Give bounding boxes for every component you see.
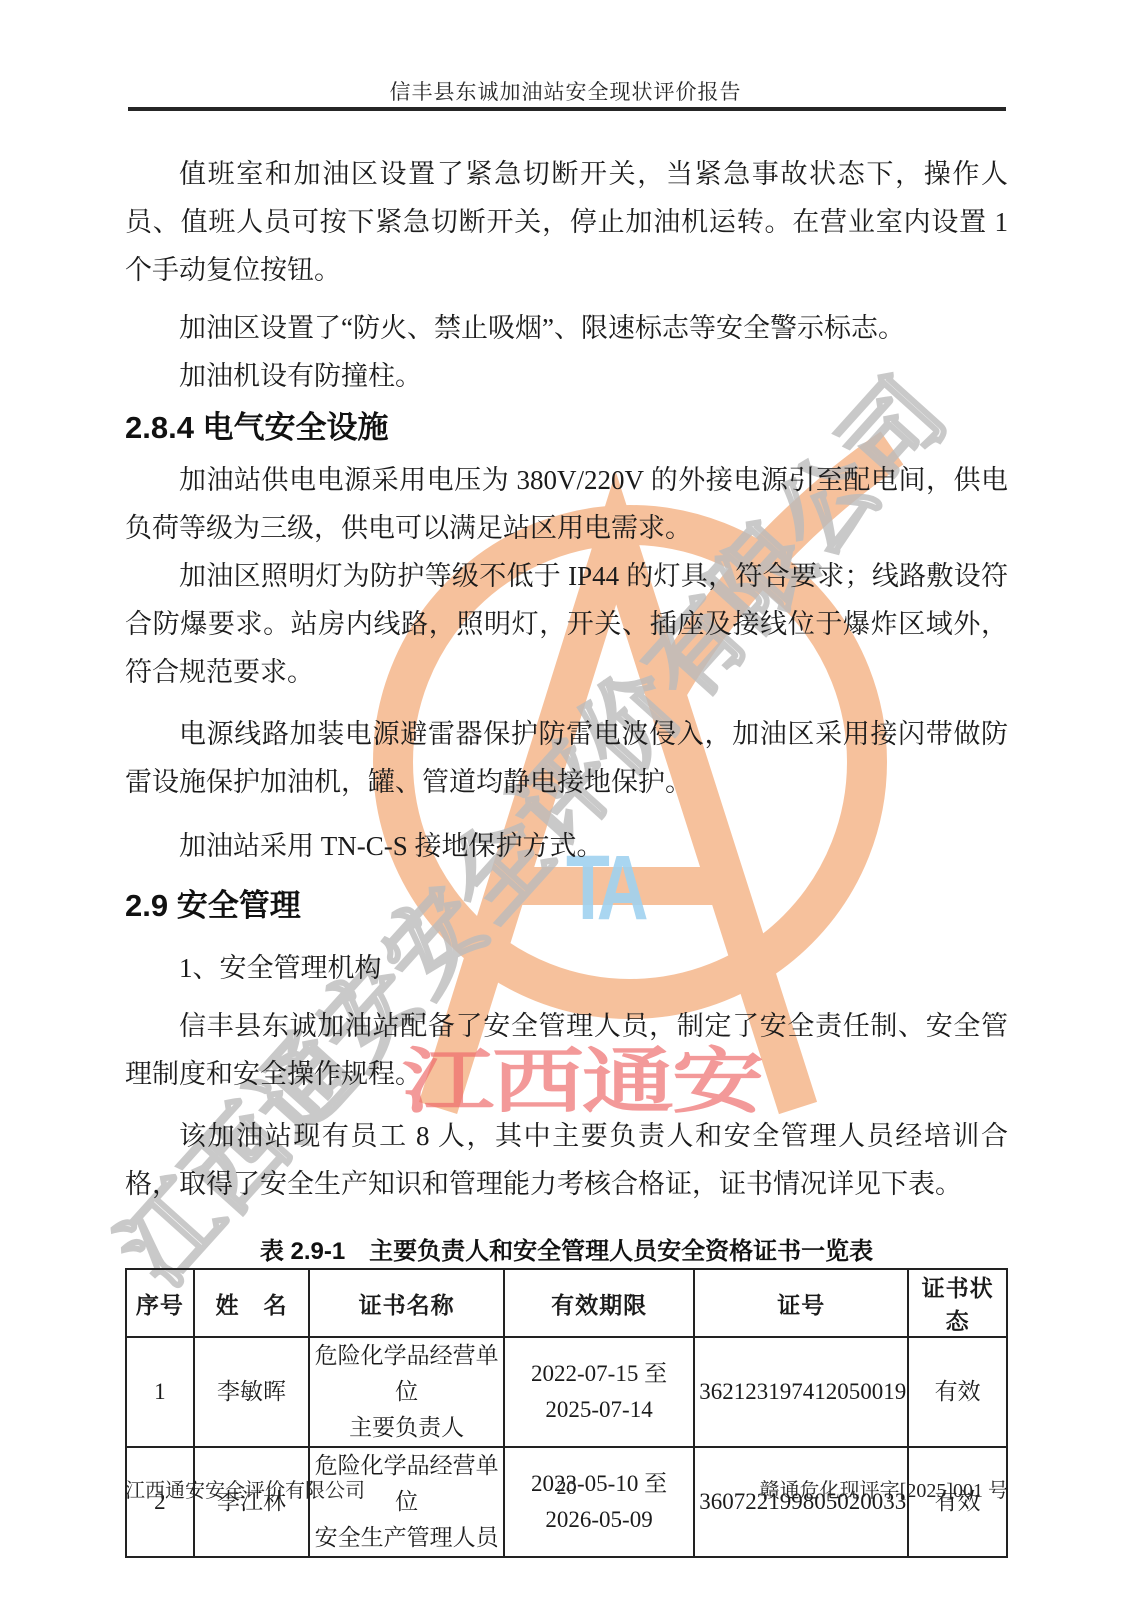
validity-line-2: 2025-07-14 <box>509 1392 689 1428</box>
table-title: 表 2.9-1 主要负责人和安全管理人员安全资格证书一览表 <box>125 1238 1008 1266</box>
report-page: 江西通安安全评价有限公司 TA 江西通安 信丰县东诚加油站安全现状评价报告 值班… <box>0 0 1131 1600</box>
cell-validity: 2022-07-15 至 2025-07-14 <box>504 1337 694 1447</box>
paragraph-safety-staffing: 信丰县东诚加油站配备了安全管理人员，制定了安全责任制、安全管理制度和安全操作规程… <box>125 1002 1008 1098</box>
cell-cert: 危险化学品经营单位 主要负责人 <box>309 1337 504 1447</box>
paragraph-anticollision-posts: 加油机设有防撞柱。 <box>125 352 1008 400</box>
cert-line-2: 主要负责人 <box>314 1410 499 1446</box>
column-header-status: 证书状态 <box>908 1269 1007 1337</box>
header-rule <box>128 107 1006 111</box>
column-header-validity: 有效期限 <box>504 1269 694 1337</box>
cert-line-2: 安全生产管理人员 <box>314 1520 499 1556</box>
section-heading-2-9: 2.9 安全管理 <box>125 884 1008 928</box>
paragraph-grounding: 加油站采用 TN-C-S 接地保护方式。 <box>125 822 1008 870</box>
table-header-row: 序号 姓 名 证书名称 有效期限 证号 证书状态 <box>126 1269 1007 1337</box>
validity-line-1: 2022-07-15 至 <box>509 1356 689 1392</box>
paragraph-safety-org: 1、安全管理机构 <box>125 944 1008 992</box>
footer-document-number: 赣通危化现评字[2025]001 号 <box>760 1474 1008 1503</box>
section-heading-2-8-4: 2.8.4 电气安全设施 <box>125 406 1008 450</box>
column-header-no: 序号 <box>126 1269 194 1337</box>
cert-line-1: 危险化学品经营单位 <box>314 1338 499 1410</box>
page-header-title: 信丰县东诚加油站安全现状评价报告 <box>0 76 1131 106</box>
paragraph-power-supply: 加油站供电电源采用电压为 380V/220V 的外接电源引至配电间，供电负荷等级… <box>125 456 1008 552</box>
certificates-table: 序号 姓 名 证书名称 有效期限 证号 证书状态 1 李敏晖 危险化学品经营单位 <box>125 1268 1008 1558</box>
cell-number: 362123197412050019 <box>694 1337 908 1447</box>
document-content: 信丰县东诚加油站安全现状评价报告 值班室和加油区设置了紧急切断开关，当紧急事故状… <box>0 0 1131 1600</box>
paragraph-emergency-switch: 值班室和加油区设置了紧急切断开关，当紧急事故状态下，操作人员、值班人员可按下紧急… <box>125 150 1008 294</box>
column-header-cert: 证书名称 <box>309 1269 504 1337</box>
cell-validity: 2023-05-10 至 2026-05-09 <box>504 1447 694 1557</box>
table-row: 1 李敏晖 危险化学品经营单位 主要负责人 2022-07-15 至 2025-… <box>126 1337 1007 1447</box>
paragraph-staff-certificates: 该加油站现有员工 8 人，其中主要负责人和安全管理人员经培训合格，取得了安全生产… <box>125 1112 1008 1208</box>
column-header-number: 证号 <box>694 1269 908 1337</box>
column-header-name: 姓 名 <box>194 1269 309 1337</box>
paragraph-lightning-protection: 电源线路加装电源避雷器保护防雷电波侵入，加油区采用接闪带做防雷设施保护加油机，罐… <box>125 710 1008 806</box>
cell-name: 李敏晖 <box>194 1337 309 1447</box>
paragraph-warning-signs: 加油区设置了“防火、禁止吸烟”、限速标志等安全警示标志。 <box>125 304 1008 352</box>
body-column: 值班室和加油区设置了紧急切断开关，当紧急事故状态下，操作人员、值班人员可按下紧急… <box>125 150 1008 1558</box>
validity-line-2: 2026-05-09 <box>509 1502 689 1538</box>
paragraph-lighting: 加油区照明灯为防护等级不低于 IP44 的灯具，符合要求；线路敷设符合防爆要求。… <box>125 552 1008 696</box>
cell-status: 有效 <box>908 1337 1007 1447</box>
cell-no: 1 <box>126 1337 194 1447</box>
